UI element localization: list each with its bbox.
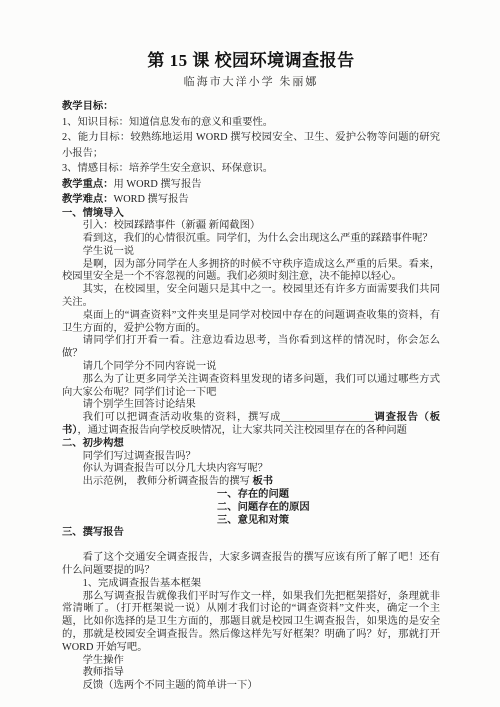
teaching-key-point-label: 教学重点： <box>62 179 113 190</box>
show-example-text: 出示范例， 教师分析调查报告的撰写 <box>83 476 253 487</box>
section3-paragraph-understand: 看了这个交通安全调查报告，大家多调查报告的撰写应该有所了解了吧！还有什么问题要提… <box>62 552 440 578</box>
teaching-key-point-text: 用 WORD 撰写报告 <box>113 179 201 190</box>
author-byline: 临海市大洋小学 朱丽娜 <box>62 75 440 89</box>
section2-heading: 二、初步构想 <box>62 438 440 451</box>
section1-intro-line: 引入：校园踩踏事件（新疆 新闻截图） <box>62 220 440 233</box>
teaching-difficulty: 教学难点：WORD 撰写报告 <box>62 192 440 208</box>
board-item-suggestions: 三、意见和对策 <box>62 515 440 528</box>
section2-line-show-example: 出示范例， 教师分析调查报告的撰写 板书 <box>62 476 440 489</box>
fill-in-blank-line: __________________ <box>281 412 374 423</box>
teaching-goals-heading: 教学目标： <box>62 99 440 115</box>
section1-paragraph-other-issues: 其实，在校园里，安全问题只是其中之一。校园里还有许多方面需要我们共同关注。 <box>62 284 440 310</box>
goal-emotion: 3、情感目标：培养学生安全意识、环保意识。 <box>62 161 440 177</box>
section3-line-teacher-guidance: 教师指导 <box>62 667 440 680</box>
document-page: 第 15 课 校园环境调查报告 临海市大洋小学 朱丽娜 教学目标： 1、知识目标… <box>0 0 500 707</box>
teaching-difficulty-label: 教学难点： <box>62 194 113 205</box>
board-item-problems: 一、存在的问题 <box>62 489 440 502</box>
section3-paragraph-like-essay: 那么写调查报告就像我们平时写作文一样，如果我们先把框架搭好，条理就非常清晰了。（… <box>62 591 440 655</box>
section1-heading: 一、情境导入 <box>62 208 440 221</box>
section1-line-feelings: 看到这，我们的心情很沉重。同学们，为什么会出现这么严重的踩踏事件呢？ <box>62 233 440 246</box>
lesson-body: 一、情境导入 引入：校园踩踏事件（新疆 新闻截图） 看到这，我们的心情很沉重。同… <box>62 208 440 693</box>
teaching-meta-block: 教学目标： 1、知识目标：知道信息发布的意义和重要性。 2、能力目标：较熟练地运… <box>62 99 440 208</box>
board-item-causes: 二、问题存在的原因 <box>62 502 440 515</box>
report-sentence-post: ，通过调查报告向学校反映情况，让大家共同关注校园里存在的各种问题 <box>77 425 407 436</box>
section1-paragraph-safety: 是啊，因为部分同学在人多拥挤的时候不守秩序造成这么严重的后果。看来，校园里安全是… <box>62 259 440 285</box>
section3-line-framework: 1、完成调查报告基本框架 <box>62 578 440 591</box>
page-title: 第 15 课 校园环境调查报告 <box>62 50 440 72</box>
section1-line-individual-answers: 请个别学生回答讨论结果 <box>62 399 440 412</box>
section3-line-feedback: 反馈（选两个不同主题的简单讲一下） <box>62 680 440 693</box>
section1-paragraph-open-look: 请同学们打开看一看。注意边看边思考，当你看到这样的情况时，你会怎么做？ <box>62 335 440 361</box>
goal-ability: 2、能力目标：较熟练地运用 WORD 撰写校园安全、卫生、爱护公物等问题的研究小… <box>62 130 440 161</box>
section2-line-how-many-parts: 你认为调查报告可以分几大块内容写呢？ <box>62 463 440 476</box>
teaching-difficulty-text: WORD 撰写报告 <box>113 194 188 205</box>
board-writing-label: 板书 <box>253 476 274 487</box>
section1-line-several-students: 请几个同学分不同内容说一说 <box>62 361 440 374</box>
goal-knowledge: 1、知识目标：知道信息发布的意义和重要性。 <box>62 115 440 131</box>
section3-line-student-practice: 学生操作 <box>62 655 440 668</box>
section3-heading: 三、撰写报告 <box>62 527 440 540</box>
section1-paragraph-write-report: 我们可以把调查活动收集的资料，撰写成__________________调查报告… <box>62 412 440 438</box>
section1-paragraph-publicize: 那么为了让更多同学关注调查资料里发现的诸多问题，我们可以通过哪些方式向大家公布呢… <box>62 374 440 400</box>
teaching-key-point: 教学重点：用 WORD 撰写报告 <box>62 177 440 193</box>
report-sentence-pre: 我们可以把调查活动收集的资料，撰写成 <box>83 412 282 423</box>
section2-line-written-before: 同学们写过调查报告吗？ <box>62 451 440 464</box>
section1-paragraph-folder: 桌面上的“调查资料”文件夹里是同学对校园中存在的问题调查收集的资料，有卫生方面的… <box>62 310 440 336</box>
section1-line-students-speak: 学生说一说 <box>62 246 440 259</box>
